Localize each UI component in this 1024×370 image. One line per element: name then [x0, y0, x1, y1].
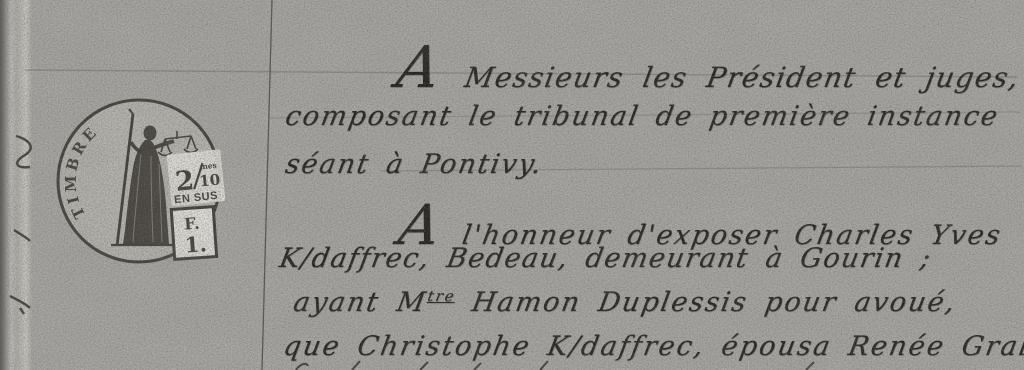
denomination-shield: F. 1. [171, 207, 216, 260]
manuscript-line-6: ayant Mtre Hamon Duplessis pour avoué, [291, 287, 959, 318]
figure-head [144, 126, 157, 141]
manuscript-line-7: que Christophe K/daffrec, épousa Renée G… [281, 331, 1024, 362]
surcharge-sup: mes [199, 161, 217, 172]
manuscript-line-2: composant le tribunal de première instan… [283, 101, 1002, 132]
cutoff-line-fragments [296, 361, 814, 370]
manuscript-line-5: K/daffrec, Bedeau, demeurant à Gourin ; [277, 243, 934, 274]
denomination-currency: F. [184, 214, 201, 234]
margin-rule-line [262, 0, 272, 370]
revenue-stamp: TIMBRE [53, 94, 225, 268]
binding-stitches-icon [10, 136, 31, 314]
surcharge-tablet: 2 mes 10 EN SUS [166, 149, 225, 206]
line6-pre: ayant M [291, 287, 429, 318]
manuscript-line-1: A Messieurs les Président et juges, [392, 34, 1024, 101]
surcharge-denominator: 10 [198, 170, 221, 190]
denomination-value: 1. [184, 231, 208, 257]
line6-superscript: tre [426, 287, 457, 305]
manuscript-line-3: séant à Pontivy. [283, 149, 546, 180]
line6-post: Hamon Duplessis pour avoué, [452, 287, 959, 318]
scanned-register-page: TIMBRE [0, 0, 1024, 370]
